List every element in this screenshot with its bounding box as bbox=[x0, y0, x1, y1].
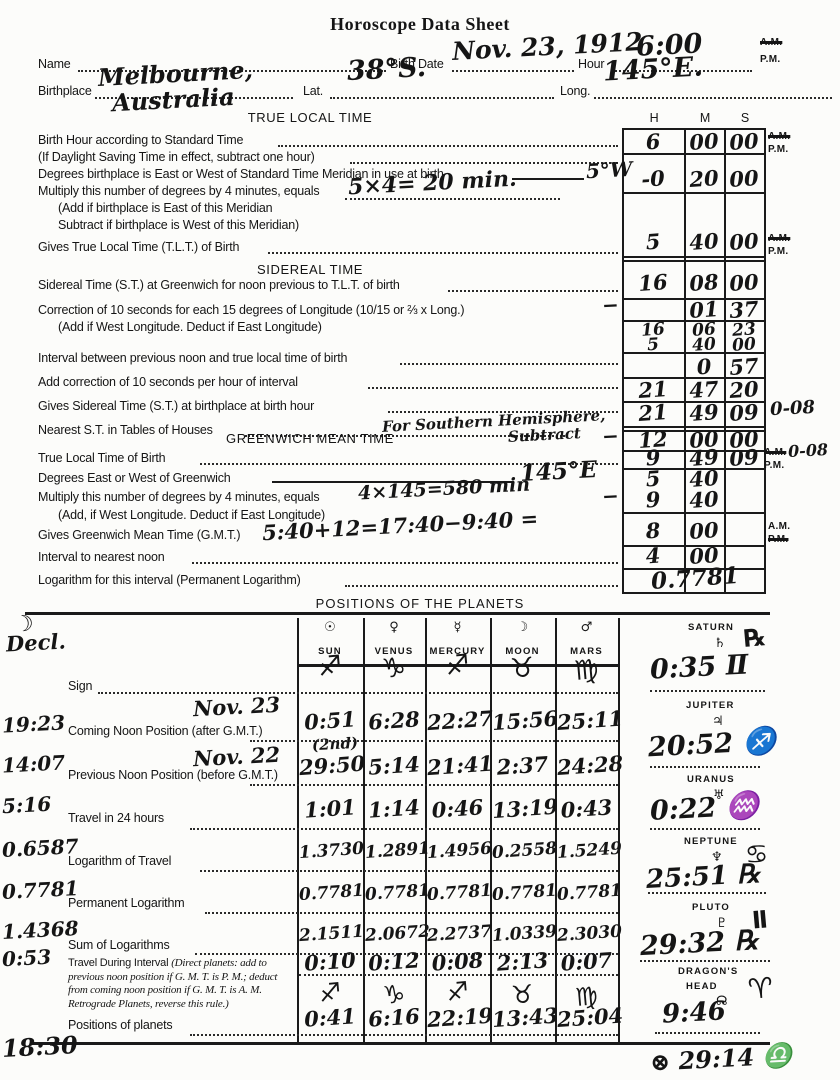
tlt-row1-am: A.M. bbox=[768, 131, 790, 142]
tlt-row4-label: Multiply this number of degrees by 4 min… bbox=[38, 184, 319, 198]
saturn-label: SATURN bbox=[688, 622, 734, 633]
logtravel-sun: 1.3730 bbox=[298, 839, 361, 863]
time-table-hline bbox=[622, 192, 766, 194]
mars-icon: ♂ bbox=[557, 620, 616, 635]
leader-dots bbox=[250, 784, 618, 786]
leader-dots bbox=[345, 585, 618, 587]
south-minus-mark: − bbox=[601, 424, 619, 449]
previous-mercury: 21:41 bbox=[426, 751, 489, 780]
gmt-row1-note: 0-08 bbox=[788, 440, 829, 461]
sumlog-mars: 2.3030 bbox=[556, 922, 616, 946]
time-table-hline bbox=[622, 260, 766, 262]
col-header-m: M bbox=[697, 111, 713, 125]
leader-dots bbox=[400, 363, 618, 365]
planets-vline bbox=[425, 618, 427, 1042]
planets-vline bbox=[618, 618, 620, 1042]
neptune-label: NEPTUNE bbox=[684, 836, 738, 847]
coming-sun: 0:51 bbox=[298, 706, 362, 735]
positions-mars: 25:04 bbox=[556, 1003, 617, 1032]
gmt-row2-handwriting: 145°E bbox=[519, 456, 597, 487]
gmt-row1-am: A.M. bbox=[764, 447, 786, 458]
leader-dots bbox=[648, 892, 766, 894]
sumlog-mercury: 2.2737 bbox=[426, 922, 488, 946]
section-positions-of-planets: POSITIONS OF THE PLANETS bbox=[0, 596, 840, 611]
travel-mars: 0:43 bbox=[556, 794, 617, 823]
travel-mercury: 0:46 bbox=[426, 794, 489, 823]
gmt-row4-am: A.M. bbox=[768, 521, 790, 532]
jupiter-label: JUPITER bbox=[686, 700, 735, 711]
latitude-label: Lat. bbox=[303, 84, 323, 98]
leader-dots bbox=[350, 162, 618, 164]
tlt-v3-h: 5 bbox=[623, 227, 683, 256]
leader-dots bbox=[268, 252, 618, 254]
sid-v2c-h: 5 bbox=[623, 333, 682, 357]
travel-24h-label: Travel in 24 hours bbox=[68, 811, 164, 825]
col-header-h: H bbox=[646, 111, 662, 125]
leader-dots bbox=[205, 912, 618, 914]
sid-row2-label: Correction of 10 seconds for each 15 deg… bbox=[38, 303, 464, 317]
previous-date-note: Nov. 22 bbox=[192, 742, 280, 772]
logtravel-moon: 0.2558 bbox=[491, 839, 553, 863]
sign-mercury: ♐ bbox=[426, 647, 489, 683]
positions-mercury: 22:19 bbox=[426, 1003, 489, 1032]
sign-mars: ♍ bbox=[556, 652, 617, 688]
gmt-row4-label: Gives Greenwich Mean Time (G.M.T.) bbox=[38, 528, 240, 542]
logtravel-mars: 1.5249 bbox=[556, 839, 616, 863]
tlt-row1-label: Birth Hour according to Standard Time bbox=[38, 133, 243, 147]
mercury-icon: ☿ bbox=[427, 620, 488, 635]
leader-dots bbox=[650, 828, 760, 830]
longitude-field-line bbox=[594, 97, 832, 99]
tlt-v3-m: 40 bbox=[685, 228, 723, 255]
coming-venus: 6:28 bbox=[364, 706, 424, 735]
horoscope-data-sheet: Horoscope Data Sheet Name Birth Date Nov… bbox=[0, 0, 840, 1080]
moon-decl-label: Decl. bbox=[5, 628, 66, 656]
permlog-moon: 0.7781 bbox=[491, 881, 553, 905]
dragons-head-label-1: DRAGON'S bbox=[678, 966, 738, 977]
sid-row1-label: Sidereal Time (S.T.) at Greenwich for no… bbox=[38, 278, 400, 292]
travel-moon: 13:19 bbox=[491, 794, 554, 823]
previous-sun: 29:50 bbox=[298, 751, 362, 780]
sid-v6-s: 09 bbox=[725, 399, 763, 426]
positions-label: Positions of planets bbox=[68, 1018, 172, 1032]
tlt-v1-h: 6 bbox=[623, 127, 683, 156]
previous-moon: 2:37 bbox=[491, 751, 554, 780]
sid-minus-mark: − bbox=[601, 293, 619, 318]
gmt-v1-s: 09 bbox=[725, 444, 763, 471]
planets-vline bbox=[363, 618, 365, 1042]
gmt-row5-label: Interval to nearest noon bbox=[38, 550, 165, 564]
saturn-icon: ♄ bbox=[714, 636, 726, 651]
gmt-v3-m: 40 bbox=[685, 486, 723, 513]
logtravel-mercury: 1.4956 bbox=[426, 839, 488, 863]
tlt-row6-label: Subtract if birthplace is West of this M… bbox=[58, 218, 299, 232]
pluto-label: PLUTO bbox=[692, 902, 730, 913]
previous-mars: 24:28 bbox=[556, 751, 617, 780]
sign-moon: ♉ bbox=[491, 650, 554, 686]
saturn-value: 0:35 Ⅱ bbox=[649, 649, 749, 685]
sign-venus: ♑ bbox=[364, 651, 424, 687]
gmt-row1-label: True Local Time of Birth bbox=[38, 451, 165, 465]
col-header-s: S bbox=[737, 111, 753, 125]
travel-margin-decl: 5:16 bbox=[1, 792, 51, 819]
sid-v6-h: 21 bbox=[623, 398, 683, 427]
sum-log-label: Sum of Logarithms bbox=[68, 938, 170, 952]
uranus-value: 0:22 ♒ bbox=[649, 789, 760, 827]
sid-row5-label: Gives Sidereal Time (S.T.) at birthplace… bbox=[38, 399, 314, 413]
gmt-v3-h: 9 bbox=[623, 485, 683, 514]
leader-dots bbox=[448, 290, 618, 292]
hour-pm-label: P.M. bbox=[760, 54, 780, 65]
leader-dots bbox=[190, 828, 618, 830]
moon-icon: ☽ bbox=[492, 620, 553, 635]
planets-vline bbox=[490, 618, 492, 1042]
travel-sun: 1:01 bbox=[298, 794, 362, 823]
sign-sun: ♐ bbox=[298, 648, 362, 684]
previous-venus: 5:14 bbox=[364, 751, 424, 780]
sid-v6-m: 49 bbox=[685, 399, 723, 426]
planets-table-top-rule bbox=[25, 612, 770, 615]
coming-noon-label: Coming Noon Position (after G.M.T.) bbox=[68, 724, 262, 738]
sid-row4-label: Add correction of 10 seconds per hour of… bbox=[38, 375, 298, 389]
leader-dots bbox=[278, 145, 618, 147]
positions-moon: 13:43 bbox=[491, 1003, 554, 1032]
leader-dots bbox=[98, 692, 618, 694]
interval-label: Travel During Interval (Direct planets: … bbox=[68, 957, 296, 1011]
dragons-head-label-2: HEAD bbox=[686, 981, 718, 992]
leader-dots bbox=[200, 870, 618, 872]
neptune-value: 25:51 ℞ bbox=[645, 859, 761, 895]
section-greenwich-mean-time: GREENWICH MEAN TIME bbox=[150, 431, 470, 446]
tlt-v1-s: 00 bbox=[725, 128, 763, 155]
previous-noon-label: Previous Noon Position (before G.M.T.) bbox=[68, 768, 278, 782]
coming-date-note: Nov. 23 bbox=[192, 692, 280, 722]
tlt-v2-h: -0 bbox=[623, 164, 683, 193]
birth-date-field-line bbox=[452, 70, 574, 72]
leader-dots bbox=[650, 690, 765, 692]
positions-sun: 0:41 bbox=[298, 1003, 362, 1032]
latitude-value: 38°S. bbox=[346, 52, 427, 87]
tlt-row7-am: A.M. bbox=[768, 233, 790, 244]
sumlog-venus: 2.0672 bbox=[364, 922, 423, 946]
interval-mercury: 0:08 bbox=[426, 947, 489, 976]
dragons-head-sign-glyph: ♈ bbox=[747, 971, 775, 1006]
tlt-v3-s: 00 bbox=[725, 228, 763, 255]
leader-dots bbox=[192, 562, 618, 564]
tlt-row2-label: (If Daylight Saving Time in effect, subt… bbox=[38, 150, 315, 164]
gmt-v4-m: 00 bbox=[685, 517, 723, 544]
sid-row2b-label: (Add if West Longitude. Deduct if East L… bbox=[58, 320, 322, 334]
sid-v1-h: 16 bbox=[623, 268, 683, 297]
interval-moon: 2:13 bbox=[491, 947, 554, 976]
dash-line bbox=[512, 178, 584, 180]
hour-label: Hour bbox=[578, 57, 604, 71]
gmt-row4-pm: P.M. bbox=[768, 534, 788, 545]
tlt-row7-pm: P.M. bbox=[768, 246, 788, 257]
sun-icon: ☉ bbox=[299, 620, 361, 635]
logtravel-venus: 1.2891 bbox=[364, 839, 423, 863]
latitude-field-line bbox=[330, 97, 554, 99]
interval-sun: 0:10 bbox=[298, 947, 362, 976]
permanent-log-label: Permanent Logarithm bbox=[68, 896, 184, 910]
interval-label-main: Travel During Interval bbox=[68, 957, 168, 969]
leader-dots bbox=[345, 198, 560, 200]
coming-moon: 15:56 bbox=[491, 706, 554, 735]
section-sidereal-time: SIDEREAL TIME bbox=[150, 262, 470, 277]
sign-row-label: Sign bbox=[68, 679, 92, 693]
permlog-mars: 0.7781 bbox=[556, 881, 616, 905]
log-travel-label: Logarithm of Travel bbox=[68, 854, 171, 868]
jupiter-value: 20:52 ♐ bbox=[647, 725, 777, 764]
section-true-local-time: TRUE LOCAL TIME bbox=[150, 110, 470, 125]
tlt-v2-m: 20 bbox=[685, 165, 723, 192]
leader-dots bbox=[650, 766, 760, 768]
coming-mars: 25:11 bbox=[556, 706, 617, 735]
gmt-minus-mark: − bbox=[601, 484, 619, 509]
dragons-head-value: 9:46 bbox=[661, 996, 726, 1029]
tlt-row5-label: (Add if birthplace is East of this Merid… bbox=[58, 201, 272, 215]
saturn-retrograde-mark: ℞ bbox=[743, 623, 767, 653]
sumlog-sun: 2.1511 bbox=[298, 922, 361, 946]
gmt-row3-label: Multiply this number of degrees by 4 min… bbox=[38, 490, 319, 504]
positions-venus: 6:16 bbox=[364, 1003, 424, 1032]
tlt-row7-label: Gives True Local Time (T.L.T.) of Birth bbox=[38, 240, 239, 254]
previous-margin-decl: 14:07 bbox=[1, 750, 65, 777]
planets-vline bbox=[297, 618, 299, 1042]
venus-icon: ♀ bbox=[365, 620, 423, 635]
gmt-row6-label: Logarithm for this interval (Permanent L… bbox=[38, 573, 301, 587]
interval-margin-decl: 0:53 bbox=[1, 945, 51, 972]
sid-v1-s: 00 bbox=[725, 269, 763, 296]
sid-row6-note: 0-08 bbox=[769, 397, 815, 420]
leader-dots bbox=[250, 740, 618, 742]
gmt-row2-label: Degrees East or West of Greenwich bbox=[38, 471, 231, 485]
time-table-hline bbox=[622, 256, 766, 258]
sid-row3-label: Interval between previous noon and true … bbox=[38, 351, 347, 365]
name-label: Name bbox=[38, 57, 71, 71]
tlt-v2-s: 00 bbox=[725, 165, 763, 192]
gmt-row1-pm: P.M. bbox=[764, 460, 784, 471]
hour-am-label: A.M. bbox=[760, 37, 782, 48]
uranus-label: URANUS bbox=[687, 774, 735, 785]
coming-margin-decl: 19:23 bbox=[1, 710, 65, 737]
leader-dots bbox=[368, 387, 618, 389]
southern-hemisphere-note-2: Subtract bbox=[508, 424, 582, 446]
coming-mercury: 22:27 bbox=[426, 706, 489, 735]
planets-table-bottom-rule bbox=[30, 1042, 770, 1045]
leader-dots bbox=[190, 1034, 618, 1036]
page-title: Horoscope Data Sheet bbox=[0, 14, 840, 35]
interval-venus: 0:12 bbox=[364, 947, 424, 976]
time-table-vline-4 bbox=[764, 128, 766, 592]
sid-v1-m: 08 bbox=[685, 269, 723, 296]
leader-dots bbox=[640, 960, 770, 962]
permlog-mercury: 0.7781 bbox=[426, 881, 488, 905]
gmt-row3-handwriting: 4×145=580 min bbox=[358, 474, 531, 505]
longitude-value: 145°E. bbox=[602, 51, 703, 87]
part-of-fortune-value: ⊗ 29:14 ♎ bbox=[649, 1040, 793, 1076]
birthplace-label: Birthplace bbox=[38, 84, 92, 98]
interval-mars: 0:07 bbox=[556, 947, 617, 976]
sumlog-moon: 1.0339 bbox=[491, 922, 553, 946]
planets-vline bbox=[555, 618, 557, 1042]
longitude-label: Long. bbox=[560, 84, 590, 98]
moon-decl-result: 18:30 bbox=[1, 1030, 78, 1063]
travel-venus: 1:14 bbox=[364, 794, 424, 823]
pluto-value: 29:32 ℞ bbox=[639, 925, 759, 962]
tlt-v1-m: 00 bbox=[685, 128, 723, 155]
permlog-sun: 0.7781 bbox=[298, 881, 361, 905]
leader-dots bbox=[655, 1032, 760, 1034]
permlog-venus: 0.7781 bbox=[364, 881, 423, 905]
tlt-row1-pm: P.M. bbox=[768, 144, 788, 155]
